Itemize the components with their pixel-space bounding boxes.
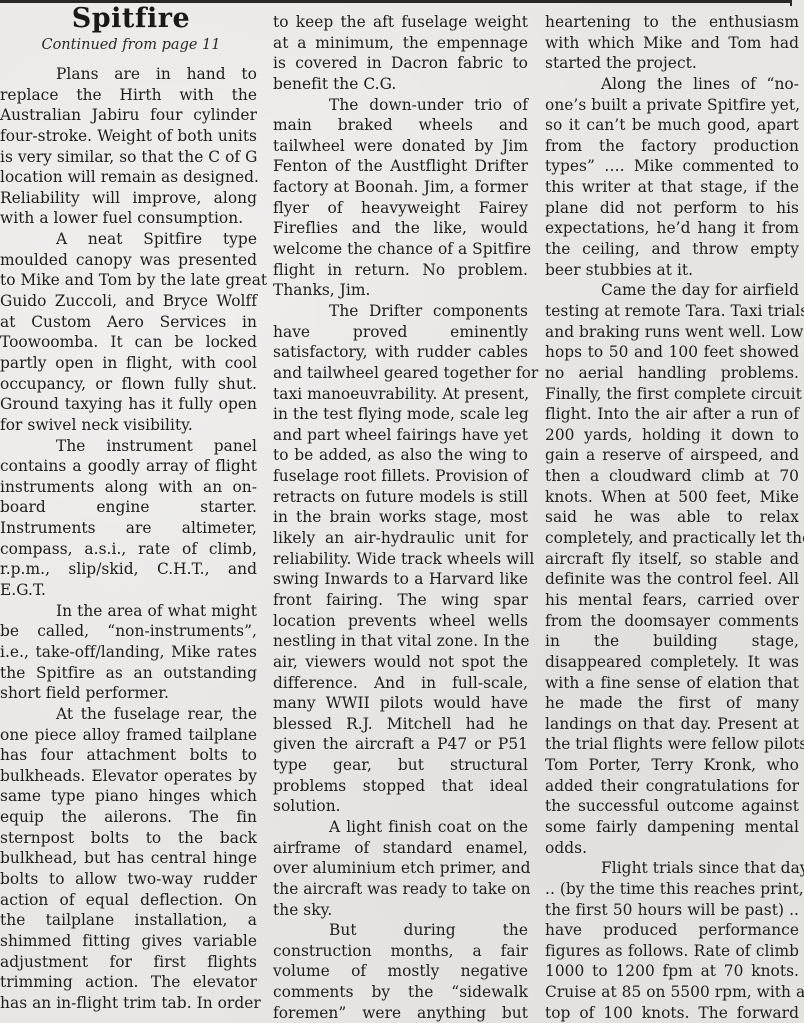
text-line: board engine starter. — [0, 497, 257, 518]
text-line: construction months, a fair — [273, 941, 528, 962]
text-line: Reliability will improve, along — [0, 188, 257, 209]
text-line: type gear, but structural — [273, 755, 528, 776]
text-line: for swivel neck visibility. — [0, 415, 257, 436]
text-line: from the factory production — [545, 136, 799, 157]
text-line: Guido Zuccoli, and Bryce Wolff — [0, 291, 257, 312]
text-line: flight. Into the air after a run of — [545, 404, 799, 425]
text-line: instruments along with an on- — [0, 477, 257, 498]
text-line: Fireflies and the like, would — [273, 218, 528, 239]
text-line: contains a goodly array of flight — [0, 456, 257, 477]
text-line: flight in return. No problem. — [273, 260, 528, 281]
paragraph-first-line: The down-under trio of — [273, 95, 528, 116]
text-line: Finally, the first complete circuit — [545, 384, 799, 405]
text-line: knots. When at 500 feet, Mike — [545, 487, 799, 508]
text-line: definite was the control feel. All — [545, 569, 799, 590]
text-line: completely, and practically let the — [545, 528, 799, 549]
text-line: r.p.m., slip/skid, C.H.T., and — [0, 559, 257, 580]
text-line: at Custom Aero Services in — [0, 312, 257, 333]
text-line: types” …. Mike commented to — [545, 156, 799, 177]
text-line: Fenton of the Austflight Drifter — [273, 156, 528, 177]
text-line: .. (by the time this reaches print, — [545, 879, 799, 900]
text-line: the ceiling, and throw empty — [545, 239, 799, 260]
top-rule-corner — [790, 0, 792, 6]
text-line: nestling in that vital zone. In the — [273, 631, 528, 652]
text-line: aircraft fly itself, so stable and — [545, 549, 799, 570]
text-line: four-stroke. Weight of both units — [0, 126, 257, 147]
text-line: Cruise at 85 on 5500 rpm, with a — [545, 982, 799, 1003]
text-line: solution. — [273, 796, 528, 817]
text-line: the sky. — [273, 900, 528, 921]
text-line: airframe of standard enamel, — [273, 838, 528, 859]
text-line: the trial flights were fellow pilots — [545, 734, 799, 755]
paragraph-first-line: But during the — [273, 920, 528, 941]
text-line: hops to 50 and 100 feet showed — [545, 342, 799, 363]
text-line: short field performer. — [0, 683, 257, 704]
paragraph-first-line: Came the day for airfield — [545, 280, 799, 301]
text-line: likely an air-hydraulic unit for — [273, 528, 528, 549]
text-line: the tailplane installation, a — [0, 910, 257, 931]
text-line: to Mike and Tom by the late great — [0, 270, 257, 291]
text-line: difference. And in full-scale, — [273, 673, 528, 694]
text-line: comments by the “sidewalk — [273, 982, 528, 1003]
text-line: i.e., take-off/landing, Mike rates — [0, 642, 257, 663]
text-line: landings on that day. Present at — [545, 714, 799, 735]
text-line: and braking runs went well. Low — [545, 322, 799, 343]
text-line: disappeared completely. It was — [545, 652, 799, 673]
text-line: at a minimum, the empennage — [273, 33, 528, 54]
text-column-3: heartening to the enthusiasmwith which M… — [545, 12, 799, 1023]
text-line: said he was able to relax — [545, 507, 799, 528]
text-line: testing at remote Tara. Taxi trials — [545, 301, 799, 322]
text-line: has an in-flight trim tab. In order — [0, 993, 257, 1014]
top-rule-divider — [0, 0, 792, 3]
text-line: moulded canopy was presented — [0, 250, 257, 271]
paragraph-first-line: A neat Spitfire type — [0, 229, 257, 250]
text-line: partly open in flight, with cool — [0, 353, 257, 374]
text-line: is very similar, so that the C of G — [0, 147, 257, 168]
text-line: the successful outcome against — [545, 796, 799, 817]
text-line: retracts on future models is still — [273, 487, 528, 508]
paragraph-first-line: Along the lines of “no- — [545, 74, 799, 95]
text-line: plane did not perform to his — [545, 198, 799, 219]
text-line: top of 100 knots. The forward — [545, 1003, 799, 1023]
paragraph-first-line: The instrument panel — [0, 436, 257, 457]
paragraph-first-line: The Drifter components — [273, 301, 528, 322]
text-line: same type piano hinges which — [0, 786, 257, 807]
text-line: beer stubbies at it. — [545, 260, 799, 281]
continued-from-note: Continued from page 11 — [0, 35, 262, 55]
text-line: benefit the C.G. — [273, 74, 528, 95]
paragraph-first-line: A light finish coat on the — [273, 817, 528, 838]
text-line: blessed R.J. Mitchell had he — [273, 714, 528, 735]
text-line: this writer at that stage, if the — [545, 177, 799, 198]
text-line: welcome the chance of a Spitfire — [273, 239, 528, 260]
text-line: adjustment for first flights — [0, 952, 257, 973]
text-line: taxi manoeuvrability. At present, — [273, 384, 528, 405]
text-line: shimmed fitting gives variable — [0, 931, 257, 952]
text-line: to be added, as also the wing to — [273, 445, 528, 466]
text-line: then a cloudward climb at 70 — [545, 466, 799, 487]
text-line: over aluminium etch primer, and — [273, 858, 528, 879]
text-line: with which Mike and Tom had — [545, 33, 799, 54]
paragraph-first-line: Flight trials since that day — [545, 858, 799, 879]
text-line: foremen” were anything but — [273, 1003, 528, 1023]
text-line: 200 yards, holding it down to — [545, 425, 799, 446]
text-line: action of equal deflection. On — [0, 890, 257, 911]
text-line: E.G.T. — [0, 580, 257, 601]
text-line: the Spitfire as an outstanding — [0, 663, 257, 684]
text-line: sternpost bolts to the back — [0, 828, 257, 849]
text-line: gain a reserve of airspeed, and — [545, 445, 799, 466]
text-line: his mental fears, carried over — [545, 590, 799, 611]
text-line: swing Inwards to a Harvard like — [273, 569, 528, 590]
text-line: Tom Porter, Terry Kronk, who — [545, 755, 799, 776]
text-line: one piece alloy framed tailplane — [0, 725, 257, 746]
text-line: has four attachment bolts to — [0, 745, 257, 766]
text-line: air, viewers would not spot the — [273, 652, 528, 673]
text-line: expectations, he’d hang it from — [545, 218, 799, 239]
text-line: problems stopped that ideal — [273, 776, 528, 797]
text-line: one’s built a private Spitfire yet, — [545, 95, 799, 116]
text-line: trimming action. The elevator — [0, 972, 257, 993]
text-line: to keep the aft fuselage weight — [273, 12, 528, 33]
text-line: Toowoomba. It can be locked — [0, 332, 257, 353]
text-line: added their congratulations for — [545, 776, 799, 797]
text-line: compass, a.s.i., rate of climb, — [0, 539, 257, 560]
text-line: be called, “non-instruments”, — [0, 621, 257, 642]
text-line: Thanks, Jim. — [273, 280, 528, 301]
text-line: main braked wheels and — [273, 115, 528, 136]
text-line: figures as follows. Rate of climb — [545, 941, 799, 962]
text-line: tailwheel were donated by Jim — [273, 136, 528, 157]
text-line: he made the first of many — [545, 693, 799, 714]
text-line: some fairly dampening mental — [545, 817, 799, 838]
text-line: is covered in Dacron fabric to — [273, 53, 528, 74]
text-line: so it can’t be much good, apart — [545, 115, 799, 136]
text-line: 1000 to 1200 fpm at 70 knots. — [545, 961, 799, 982]
text-line: and part wheel fairings have yet — [273, 425, 528, 446]
text-line: odds. — [545, 838, 799, 859]
text-line: with a fine sense of elation that — [545, 673, 799, 694]
article-title: Spitfire — [0, 4, 262, 34]
paragraph-first-line: In the area of what might — [0, 601, 257, 622]
text-line: factory at Boonah. Jim, a former — [273, 177, 528, 198]
text-line: occupancy, or flown fully shut. — [0, 374, 257, 395]
text-line: location will remain as designed. — [0, 167, 257, 188]
text-line: bolts to allow two-way rudder — [0, 869, 257, 890]
text-line: started the project. — [545, 53, 799, 74]
text-line: and tailwheel geared together for — [273, 363, 528, 384]
paragraph-first-line: At the fuselage rear, the — [0, 704, 257, 725]
text-column-1: Plans are in hand toreplace the Hirth wi… — [0, 64, 257, 1013]
text-line: no aerial handling problems. — [545, 363, 799, 384]
text-column-2: to keep the aft fuselage weightat a mini… — [273, 12, 528, 1023]
text-line: volume of mostly negative — [273, 961, 528, 982]
text-line: Instruments are altimeter, — [0, 518, 257, 539]
text-line: front fairing. The wing spar — [273, 590, 528, 611]
text-line: bulkhead, but has central hinge — [0, 848, 257, 869]
text-line: location prevents wheel wells — [273, 611, 528, 632]
text-line: satisfactory, with rudder cables — [273, 342, 528, 363]
text-line: in the brain works stage, most — [273, 507, 528, 528]
text-line: bulkheads. Elevator operates by — [0, 766, 257, 787]
text-line: replace the Hirth with the — [0, 85, 257, 106]
text-line: the first 50 hours will be past) .. — [545, 900, 799, 921]
text-line: with a lower fuel consumption. — [0, 208, 257, 229]
text-line: Ground taxying has it fully open — [0, 394, 257, 415]
text-line: reliability. Wide track wheels will — [273, 549, 528, 570]
text-line: the aircraft was ready to take on — [273, 879, 528, 900]
text-line: heartening to the enthusiasm — [545, 12, 799, 33]
text-line: in the building stage, — [545, 631, 799, 652]
text-line: Australian Jabiru four cylinder — [0, 105, 257, 126]
text-line: have proved eminently — [273, 322, 528, 343]
text-line: have produced performance — [545, 920, 799, 941]
paragraph-first-line: Plans are in hand to — [0, 64, 257, 85]
text-line: equip the ailerons. The fin — [0, 807, 257, 828]
text-line: flyer of heavyweight Fairey — [273, 198, 528, 219]
text-line: fuselage root fillets. Provision of — [273, 466, 528, 487]
text-line: from the doomsayer comments — [545, 611, 799, 632]
text-line: in the test flying mode, scale leg — [273, 404, 528, 425]
text-line: given the aircraft a P47 or P51 — [273, 734, 528, 755]
text-line: many WWII pilots would have — [273, 693, 528, 714]
